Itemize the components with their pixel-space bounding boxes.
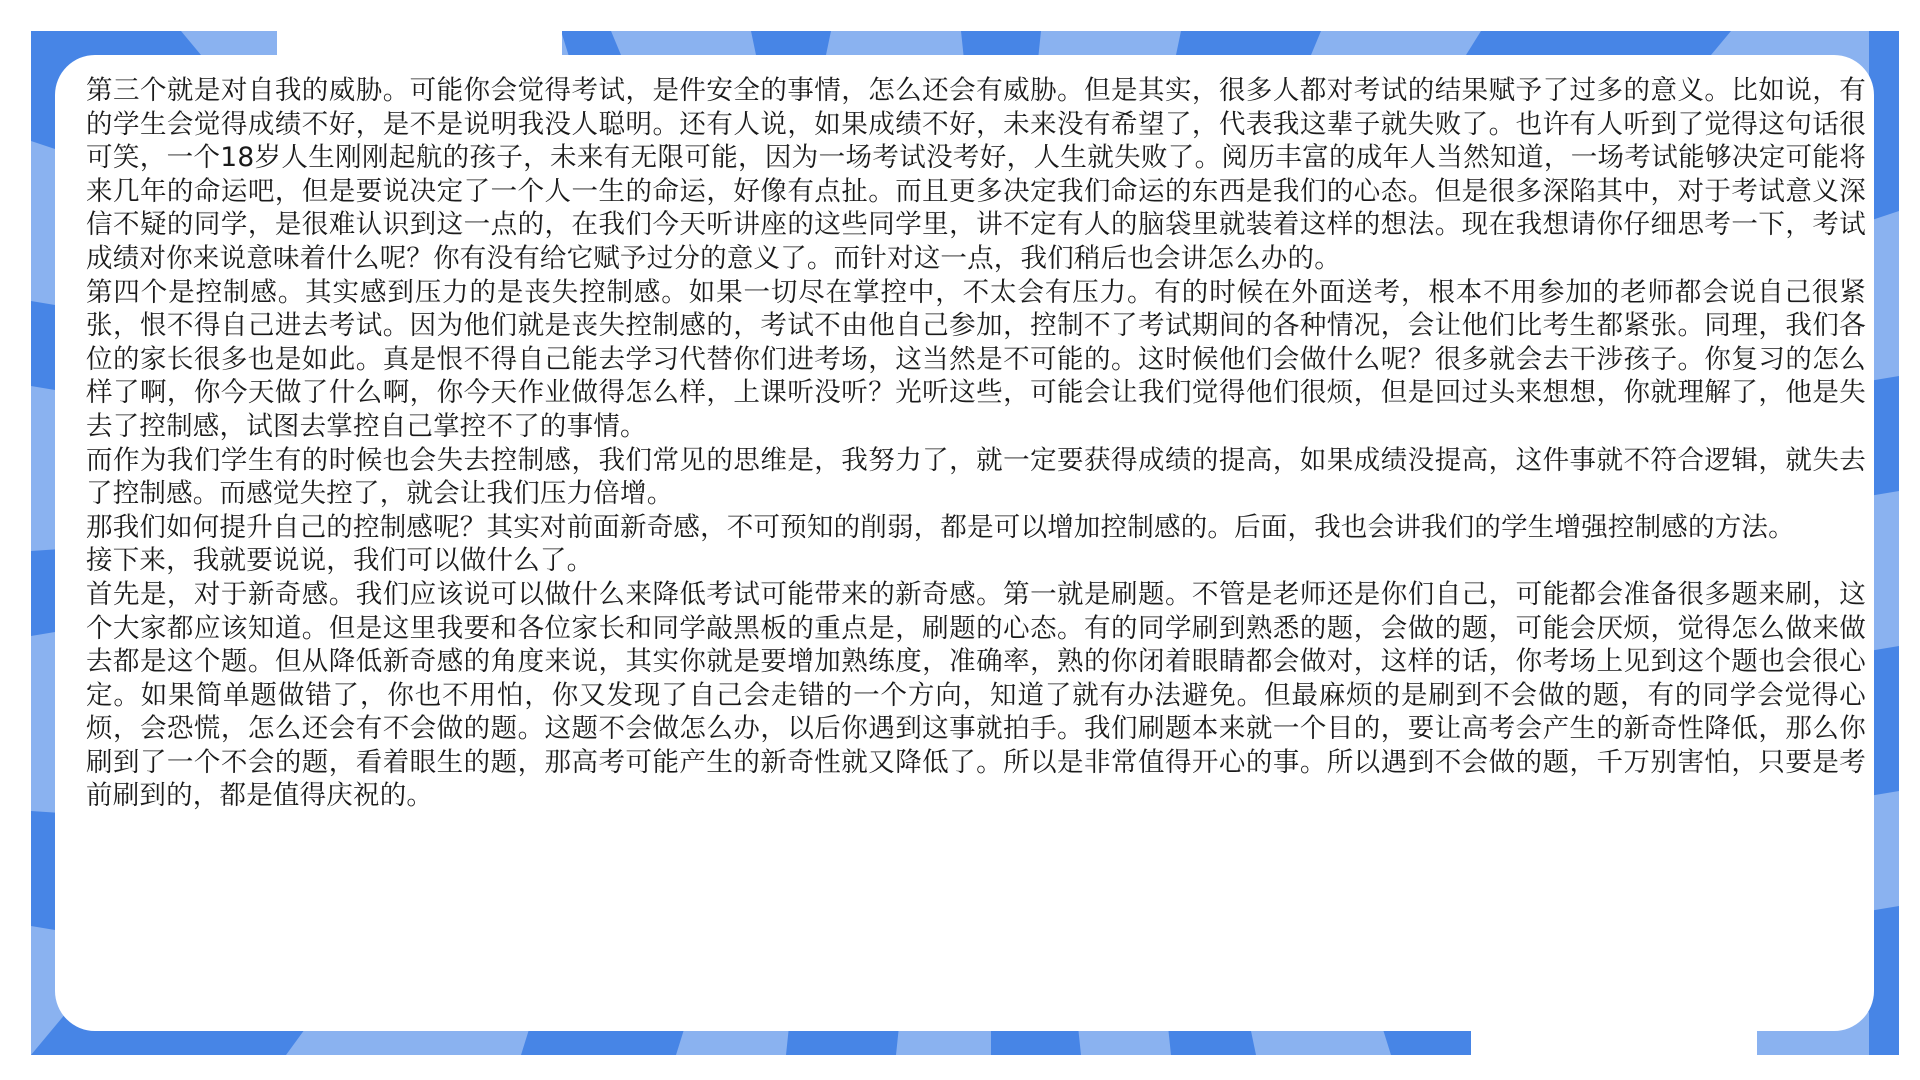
paragraph-control: 第四个是控制感。其实感到压力的是丧失控制感。如果一切尽在掌控中，不太会有压力。有… <box>86 276 1866 444</box>
paragraph-improve-control: 那我们如何提升自己的控制感呢？其实对前面新奇感，不可预知的削弱，都是可以增加控制… <box>86 511 1866 545</box>
document-body: 第三个就是对自我的威胁。可能你会觉得考试，是件安全的事情，怎么还会有威胁。但是其… <box>86 74 1866 813</box>
paragraph-novelty-practice: 首先是，对于新奇感。我们应该说可以做什么来降低考试可能带来的新奇感。第一就是刷题… <box>86 578 1866 813</box>
paragraph-next: 接下来，我就要说说，我们可以做什么了。 <box>86 544 1866 578</box>
paragraph-self-threat: 第三个就是对自我的威胁。可能你会觉得考试，是件安全的事情，怎么还会有威胁。但是其… <box>86 74 1866 276</box>
paragraph-student-control: 而作为我们学生有的时候也会失去控制感，我们常见的思维是，我努力了，就一定要获得成… <box>86 444 1866 511</box>
